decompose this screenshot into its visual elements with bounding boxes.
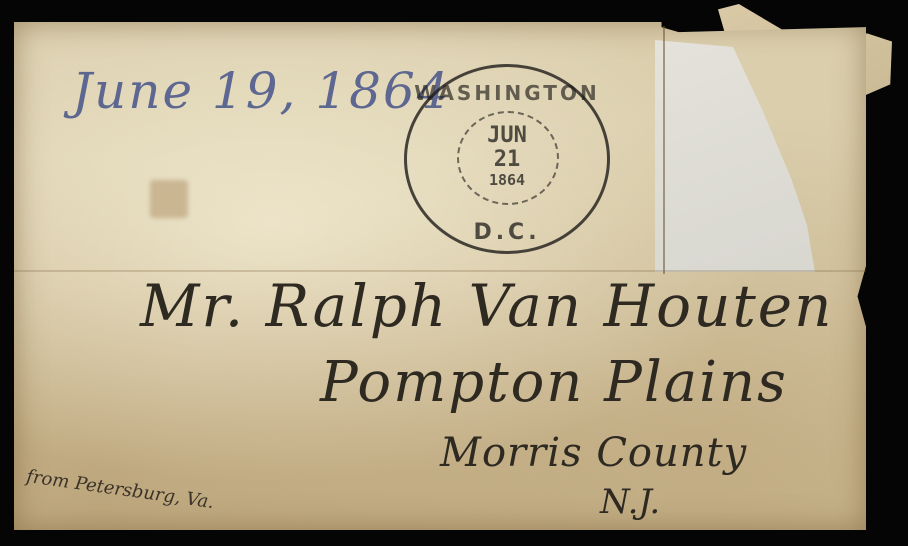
paper-stain bbox=[150, 180, 188, 218]
addressee-name: Mr. Ralph Van Houten bbox=[140, 272, 833, 340]
pencil-date-annotation: June 19, 1864 bbox=[72, 62, 451, 120]
address-state: N.J. bbox=[600, 482, 660, 522]
postmark-city: WASHINGTON bbox=[407, 81, 607, 105]
photo-background: June 19, 1864 WASHINGTON JUN 21 1864 D.C… bbox=[0, 0, 908, 546]
postmark-year: 1864 bbox=[407, 171, 607, 189]
postmark-month: JUN bbox=[407, 123, 607, 148]
address-town: Pompton Plains bbox=[320, 350, 788, 415]
postmark-day: 21 bbox=[407, 147, 607, 172]
address-county: Morris County bbox=[440, 430, 747, 476]
postmark: WASHINGTON JUN 21 1864 D.C. bbox=[404, 64, 610, 254]
postmark-state: D.C. bbox=[407, 220, 607, 245]
flap-edge bbox=[663, 26, 665, 274]
